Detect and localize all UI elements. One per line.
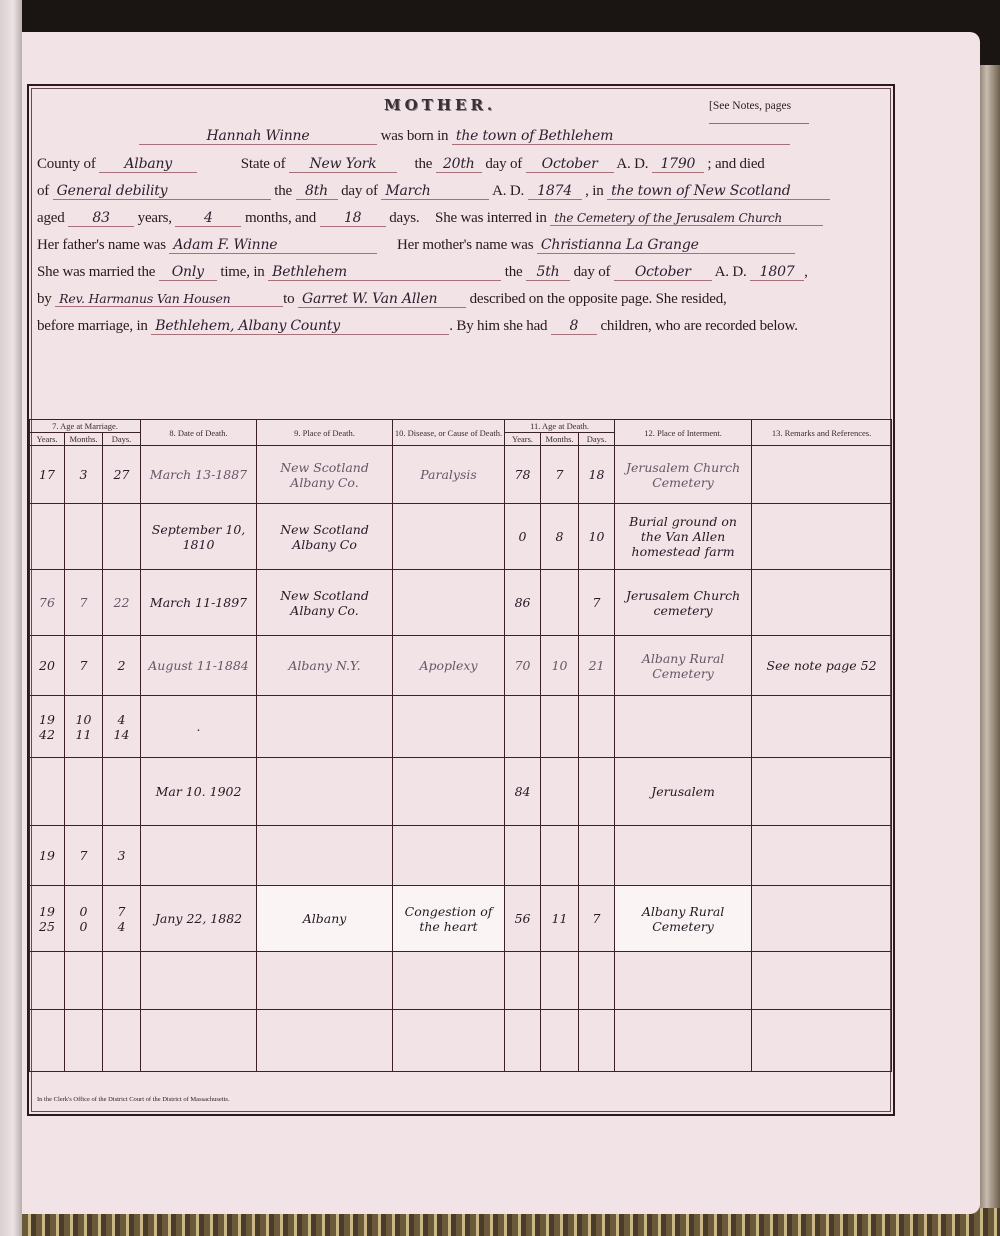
spouse: Garret W. Van Allen bbox=[298, 291, 466, 308]
place-of-interment: Albany Rural Cemetery bbox=[615, 636, 752, 696]
death-age-years: 84 bbox=[505, 758, 541, 826]
death-age-days bbox=[579, 696, 615, 758]
mother-name: Hannah Winne bbox=[139, 128, 377, 145]
marriage-age-years: 19 25 bbox=[30, 886, 65, 952]
subheader-months: Months. bbox=[65, 433, 103, 446]
date-of-death bbox=[141, 952, 257, 1010]
marriage-year: 1807 bbox=[750, 264, 804, 281]
marriage-age-months: 7 bbox=[65, 636, 103, 696]
date-of-death: . bbox=[141, 696, 257, 758]
table-row bbox=[30, 1010, 892, 1072]
place-of-death bbox=[257, 826, 393, 886]
marriage-ordinal: Only bbox=[159, 264, 217, 281]
cause-of-death bbox=[393, 696, 505, 758]
marriage-month: October bbox=[614, 264, 712, 281]
state: New York bbox=[289, 156, 397, 173]
remarks bbox=[752, 446, 892, 504]
death-age-days bbox=[579, 1010, 615, 1072]
place-of-interment: Jerusalem bbox=[615, 758, 752, 826]
death-age-months bbox=[541, 758, 579, 826]
place-of-death bbox=[257, 952, 393, 1010]
cause-of-death: Apoplexy bbox=[393, 636, 505, 696]
header-cause-of-death: 10. Disease, or Cause of Death. bbox=[393, 420, 505, 446]
death-age-years: 70 bbox=[505, 636, 541, 696]
county: Albany bbox=[99, 156, 197, 173]
place-of-death: New Scotland Albany Co bbox=[257, 504, 393, 570]
marriage-age-days: 27 bbox=[103, 446, 141, 504]
table-row: 19 4210 114 14. bbox=[30, 696, 892, 758]
place-of-interment bbox=[615, 1010, 752, 1072]
remarks: See note page 52 bbox=[752, 636, 892, 696]
death-age-days: 7 bbox=[579, 570, 615, 636]
date-of-death bbox=[141, 1010, 257, 1072]
death-month: March bbox=[381, 183, 489, 200]
line-officiant: by Rev. Harmanus Van Housento Garret W. … bbox=[37, 291, 885, 308]
death-age-months bbox=[541, 570, 579, 636]
residence: Bethlehem, Albany County bbox=[151, 318, 449, 335]
place-of-death: New Scotland Albany Co. bbox=[257, 446, 393, 504]
subheader-months: Months. bbox=[541, 433, 579, 446]
date-of-death: September 10, 1810 bbox=[141, 504, 257, 570]
marriage-age-days: 7 4 bbox=[103, 886, 141, 952]
place-of-death: New Scotland Albany Co. bbox=[257, 570, 393, 636]
marriage-age-years: 19 42 bbox=[30, 696, 65, 758]
death-age-years bbox=[505, 1010, 541, 1072]
marriage-place: Bethlehem bbox=[268, 264, 501, 281]
header-place-of-death: 9. Place of Death. bbox=[257, 420, 393, 446]
birth-year: 1790 bbox=[652, 156, 704, 173]
table-row: 2072August 11-1884Albany N.Y.Apoplexy701… bbox=[30, 636, 892, 696]
marriage-age-days bbox=[103, 1010, 141, 1072]
interment-place: the Cemetery of the Jerusalem Church bbox=[550, 211, 823, 226]
subheader-days: Days. bbox=[103, 433, 141, 446]
death-age-months: 8 bbox=[541, 504, 579, 570]
see-notes: [See Notes, pages bbox=[709, 100, 893, 124]
death-age-years bbox=[505, 826, 541, 886]
remarks bbox=[752, 826, 892, 886]
header-place-of-interment: 12. Place of Interment. bbox=[615, 420, 752, 446]
date-of-death: Mar 10. 1902 bbox=[141, 758, 257, 826]
remarks bbox=[752, 1010, 892, 1072]
marriage-age-years: 76 bbox=[30, 570, 65, 636]
father-name: Adam F. Winne bbox=[169, 237, 377, 254]
cause-of-death bbox=[393, 826, 505, 886]
death-age-days bbox=[579, 826, 615, 886]
age-months: 4 bbox=[175, 210, 241, 227]
remarks bbox=[752, 570, 892, 636]
page-title: MOTHER. bbox=[384, 96, 496, 114]
cause-of-death bbox=[393, 758, 505, 826]
table-row: 17327March 13-1887New Scotland Albany Co… bbox=[30, 446, 892, 504]
marriage-age-months: 0 0 bbox=[65, 886, 103, 952]
death-age-months bbox=[541, 696, 579, 758]
table-row: 19 250 07 4Jany 22, 1882AlbanyCongestion… bbox=[30, 886, 892, 952]
place-of-death: Albany bbox=[257, 886, 393, 952]
date-of-death: Jany 22, 1882 bbox=[141, 886, 257, 952]
subheader-years: Years. bbox=[505, 433, 541, 446]
line-residence: before marriage, in Bethlehem, Albany Co… bbox=[37, 318, 885, 335]
marriage-age-days bbox=[103, 758, 141, 826]
birth-month: October bbox=[526, 156, 614, 173]
line-marriage: She was married the Only time, in Bethle… bbox=[37, 264, 885, 281]
death-age-years bbox=[505, 952, 541, 1010]
cause-of-death bbox=[393, 504, 505, 570]
table-row: Mar 10. 190284Jerusalem bbox=[30, 758, 892, 826]
marriage-age-months: 7 bbox=[65, 570, 103, 636]
line-county: County of Albany State of New York the 2… bbox=[37, 156, 885, 173]
cause-of-death bbox=[393, 952, 505, 1010]
marriage-age-days: 3 bbox=[103, 826, 141, 886]
remarks bbox=[752, 952, 892, 1010]
death-age-months bbox=[541, 1010, 579, 1072]
marriage-age-months bbox=[65, 1010, 103, 1072]
death-age-days: 7 bbox=[579, 886, 615, 952]
marriage-age-months: 3 bbox=[65, 446, 103, 504]
place-of-interment bbox=[615, 826, 752, 886]
remarks bbox=[752, 504, 892, 570]
birthplace: the town of Bethlehem bbox=[452, 128, 790, 145]
marriage-age-days bbox=[103, 504, 141, 570]
table-row bbox=[30, 952, 892, 1010]
death-place: the town of New Scotland bbox=[607, 183, 830, 200]
place-of-interment: Burial ground on the Van Allen homestead… bbox=[615, 504, 752, 570]
marriage-age-years bbox=[30, 758, 65, 826]
marriage-age-days: 2 bbox=[103, 636, 141, 696]
copyright-footer: In the Clerk's Office of the District Co… bbox=[37, 1096, 230, 1103]
marriage-age-months: 10 11 bbox=[65, 696, 103, 758]
age-days: 18 bbox=[320, 210, 386, 227]
marriage-age-days: 22 bbox=[103, 570, 141, 636]
death-age-months: 10 bbox=[541, 636, 579, 696]
place-of-death bbox=[257, 758, 393, 826]
place-of-interment bbox=[615, 696, 752, 758]
line-death: of General debility the 8th day of March… bbox=[37, 183, 885, 200]
death-day: 8th bbox=[296, 183, 338, 200]
marriage-age-years bbox=[30, 952, 65, 1010]
death-age-days bbox=[579, 758, 615, 826]
date-of-death: March 11-1897 bbox=[141, 570, 257, 636]
marriage-age-years bbox=[30, 1010, 65, 1072]
death-age-years: 56 bbox=[505, 886, 541, 952]
death-age-years: 0 bbox=[505, 504, 541, 570]
book-edge bbox=[978, 65, 1000, 1216]
children-table: 7. Age at Marriage. 8. Date of Death. 9.… bbox=[29, 419, 893, 1072]
children-count: 8 bbox=[551, 318, 597, 335]
death-age-months bbox=[541, 952, 579, 1010]
table-row: 76722March 11-1897New Scotland Albany Co… bbox=[30, 570, 892, 636]
officiant: Rev. Harmanus Van Housen bbox=[55, 291, 283, 307]
date-of-death bbox=[141, 826, 257, 886]
death-age-days: 21 bbox=[579, 636, 615, 696]
death-age-years: 86 bbox=[505, 570, 541, 636]
place-of-death bbox=[257, 696, 393, 758]
birth-day: 20th bbox=[436, 156, 482, 173]
line-name: Hannah Winne was born in the town of Bet… bbox=[139, 128, 885, 145]
marriage-age-years bbox=[30, 504, 65, 570]
marriage-age-months bbox=[65, 952, 103, 1010]
cause-of-death: Paralysis bbox=[393, 446, 505, 504]
death-age-months: 11 bbox=[541, 886, 579, 952]
cause-of-death: Congestion of the heart bbox=[393, 886, 505, 952]
record-frame: MOTHER. [See Notes, pages Hannah Winne w… bbox=[27, 84, 895, 1116]
death-age-years: 78 bbox=[505, 446, 541, 504]
table-row: 1973 bbox=[30, 826, 892, 886]
marriage-age-months: 7 bbox=[65, 826, 103, 886]
header-age-at-death: 11. Age at Death. bbox=[505, 420, 615, 433]
table-row: September 10, 1810New Scotland Albany Co… bbox=[30, 504, 892, 570]
facing-page-edge bbox=[0, 0, 22, 1236]
place-of-interment: Jerusalem Church cemetery bbox=[615, 570, 752, 636]
death-year: 1874 bbox=[528, 183, 582, 200]
subheader-days: Days. bbox=[579, 433, 615, 446]
mother-of-subject-name: Christianna La Grange bbox=[537, 237, 795, 254]
marriage-day: 5th bbox=[526, 264, 570, 281]
marriage-age-years: 20 bbox=[30, 636, 65, 696]
marriage-age-days: 4 14 bbox=[103, 696, 141, 758]
date-of-death: March 13-1887 bbox=[141, 446, 257, 504]
marriage-age-months bbox=[65, 504, 103, 570]
marriage-age-years: 17 bbox=[30, 446, 65, 504]
death-age-years bbox=[505, 696, 541, 758]
cause-of-death bbox=[393, 570, 505, 636]
death-age-days: 18 bbox=[579, 446, 615, 504]
death-age-days bbox=[579, 952, 615, 1010]
marriage-age-years: 19 bbox=[30, 826, 65, 886]
remarks bbox=[752, 696, 892, 758]
age-years: 83 bbox=[68, 210, 134, 227]
marriage-age-months bbox=[65, 758, 103, 826]
place-of-death: Albany N.Y. bbox=[257, 636, 393, 696]
subheader-years: Years. bbox=[30, 433, 65, 446]
header-age-at-marriage: 7. Age at Marriage. bbox=[30, 420, 141, 433]
place-of-interment bbox=[615, 952, 752, 1010]
header-date-of-death: 8. Date of Death. bbox=[141, 420, 257, 446]
marriage-age-days bbox=[103, 952, 141, 1010]
remarks bbox=[752, 886, 892, 952]
death-age-months bbox=[541, 826, 579, 886]
remarks bbox=[752, 758, 892, 826]
place-of-interment: Jerusalem Church Cemetery bbox=[615, 446, 752, 504]
place-of-death bbox=[257, 1010, 393, 1072]
death-age-days: 10 bbox=[579, 504, 615, 570]
cause-of-death bbox=[393, 1010, 505, 1072]
date-of-death: August 11-1884 bbox=[141, 636, 257, 696]
death-age-months: 7 bbox=[541, 446, 579, 504]
register-page: MOTHER. [See Notes, pages Hannah Winne w… bbox=[22, 32, 980, 1214]
header-remarks: 13. Remarks and References. bbox=[752, 420, 892, 446]
line-age: aged 83 years, 4 months, and 18 days. Sh… bbox=[37, 210, 885, 227]
line-parents: Her father's name was Adam F. Winne Her … bbox=[37, 237, 885, 254]
cause-of-death: General debility bbox=[53, 183, 271, 200]
place-of-interment: Albany Rural Cemetery bbox=[615, 886, 752, 952]
